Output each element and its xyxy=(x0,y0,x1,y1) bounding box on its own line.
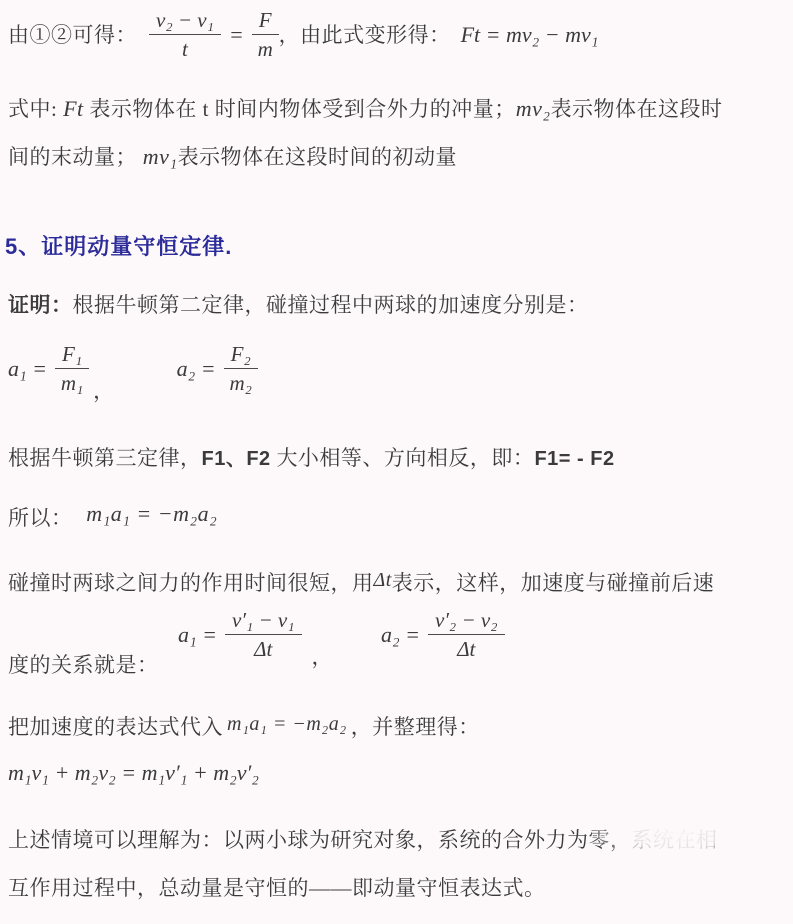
momentum-conservation-equation: m₁v₁ + m₂v₂ = m₁v′₁ + m₂v′₂ xyxy=(8,760,259,786)
conclusion-line2: 互作用过程中，总动量是守恒的——即动量守恒表达式。 xyxy=(8,864,788,912)
fraction-denominator: m₁ xyxy=(61,369,83,395)
text-segment: 根据牛顿第三定律， xyxy=(8,446,202,470)
text-segment: 大小相等、方向相反，即： xyxy=(271,446,535,470)
mv1-symbol: mv₁ xyxy=(143,144,178,169)
proof-lead-text: 根据牛顿第二定律，碰撞过程中两球的加速度分别是： xyxy=(73,293,589,317)
f1-f2-labels: F1、F2 xyxy=(202,448,271,470)
a1-lhs: a₁ = xyxy=(8,356,47,382)
f1-equals-negative-f2: F1= - F2 xyxy=(534,448,614,470)
symbol-explanation-paragraph: 式中: Ft 表示物体在 t 时间内物体受到合外力的冲量；mv₂表示物体在这段时… xyxy=(8,85,788,181)
fraction-denominator: m₂ xyxy=(229,369,251,395)
therefore-line: 所以： m₁a₁ = −m₂a₂ xyxy=(8,503,217,533)
derivation-lead-text: 由①②可得： xyxy=(8,20,137,50)
v1-delta-t-fraction: v′₁ − v₁ Δt xyxy=(225,608,302,661)
text-segment: 把加速度的表达式代入 xyxy=(8,715,223,739)
delta-t-symbol: Δt xyxy=(374,569,392,591)
derivation-mid-text: ，由此式变形得： xyxy=(279,20,451,50)
conclusion-paragraph: 上述情境可以理解为：以两小球为研究对象，系统的合外力为零，系统在相 互作用过程中… xyxy=(8,816,788,912)
a2-lhs: a₂ = xyxy=(177,356,216,382)
symbol-explanation-line1: 式中: Ft 表示物体在 t 时间内物体受到合外力的冲量；mv₂表示物体在这段时 xyxy=(8,85,788,133)
proof-label: 证明： xyxy=(8,293,73,317)
velocity-acceleration-formulas-row: a₁ = v′₁ − v₁ Δt ， a₂ = v′₂ − v₂ Δt xyxy=(178,608,505,661)
conclusion-line1: 上述情境可以理解为：以两小球为研究对象，系统的合外力为零，系统在相 xyxy=(8,816,788,864)
text-segment: 表示，这样，加速度与碰撞前后速 xyxy=(392,571,715,595)
velocity-time-fraction: v₂ − v₁ t xyxy=(149,8,221,61)
text-segment: 表示物体在这段时 xyxy=(551,97,723,121)
a2-lhs: a₂ = xyxy=(381,622,420,648)
text-segment: 碰撞时两球之间力的作用时间很短，用 xyxy=(8,571,374,595)
comma-separator: ， xyxy=(312,642,334,672)
m1a1-equation-inline: m₁a₁ = −m₂a₂ xyxy=(227,713,347,735)
text-segment: 表示物体在这段时间的初动量 xyxy=(178,145,458,169)
a1-lhs: a₁ = xyxy=(178,622,217,648)
physics-notes-page: { "page": { "background": "#fdf9fb", "te… xyxy=(0,0,793,924)
equals-sign: = xyxy=(229,22,244,48)
text-segment: ，并整理得： xyxy=(351,715,480,739)
v2-delta-t-fraction: v′₂ − v₂ Δt xyxy=(428,608,505,661)
force-mass-fraction: F m xyxy=(252,8,279,61)
fraction-numerator: F₁ xyxy=(55,342,89,369)
therefore-label: 所以： xyxy=(8,506,73,530)
substitution-line: 把加速度的表达式代入m₁a₁ = −m₂a₂，并整理得： xyxy=(8,712,480,743)
fraction-numerator: F xyxy=(252,8,279,35)
text-segment: 间的末动量； xyxy=(8,145,143,169)
fraction-denominator: m xyxy=(258,35,273,61)
fraction-denominator: Δt xyxy=(254,635,272,661)
ft-symbol: Ft xyxy=(63,96,84,121)
impulse-momentum-equation: Ft = mv₂ − mv₁ xyxy=(461,22,599,48)
relation-label: 度的关系就是： xyxy=(8,650,159,680)
fraction-numerator: v′₂ − v₂ xyxy=(428,608,505,635)
f2-m2-fraction: F₂ m₂ xyxy=(224,342,258,395)
fraction-numerator: F₂ xyxy=(224,342,258,369)
collision-time-line: 碰撞时两球之间力的作用时间很短，用Δt表示，这样，加速度与碰撞前后速 xyxy=(8,568,714,599)
fraction-denominator: Δt xyxy=(457,635,475,661)
symbol-explanation-line2: 间的末动量； mv₁表示物体在这段时间的初动量 xyxy=(8,133,788,181)
section-heading: 5、证明动量守恒定律. xyxy=(5,230,232,261)
acceleration-formulas-row: a₁ = F₁ m₁ ， a₂ = F₂ m₂ xyxy=(8,342,258,395)
comma-separator: ， xyxy=(93,376,115,406)
f1-m1-fraction: F₁ m₁ xyxy=(55,342,89,395)
impulse-derivation-line: 由①②可得： v₂ − v₁ t = F m ，由此式变形得： Ft = mv₂… xyxy=(8,8,598,61)
mv2-symbol: mv₂ xyxy=(516,96,551,121)
proof-lead-line: 证明：根据牛顿第二定律，碰撞过程中两球的加速度分别是： xyxy=(8,290,589,320)
newton-third-law-line: 根据牛顿第三定律，F1、F2 大小相等、方向相反，即：F1= - F2 xyxy=(8,443,615,474)
fraction-numerator: v₂ − v₁ xyxy=(149,8,221,35)
fraction-denominator: t xyxy=(182,35,188,61)
m1a1-equation: m₁a₁ = −m₂a₂ xyxy=(86,501,217,526)
fraction-numerator: v′₁ − v₁ xyxy=(225,608,302,635)
text-segment: 式中: xyxy=(8,97,63,121)
text-segment: 表示物体在 t 时间内物体受到合外力的冲量； xyxy=(84,97,516,121)
